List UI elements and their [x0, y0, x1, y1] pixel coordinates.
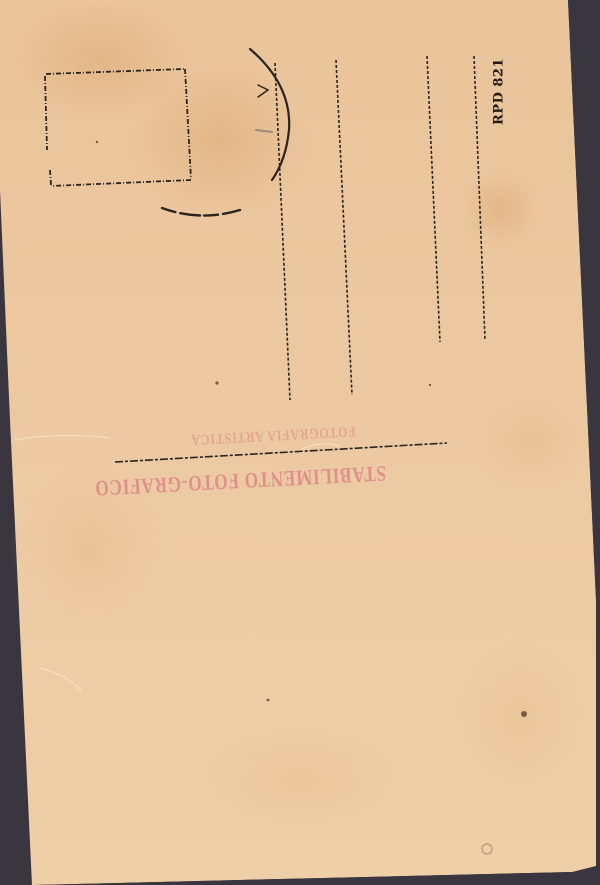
card-code-label: RPD 821 — [492, 57, 507, 127]
postcard-card — [0, 0, 600, 885]
scan-background: RPD 821 FOTOGRAFIA ARTISTICA STABILIMENT… — [0, 0, 600, 885]
